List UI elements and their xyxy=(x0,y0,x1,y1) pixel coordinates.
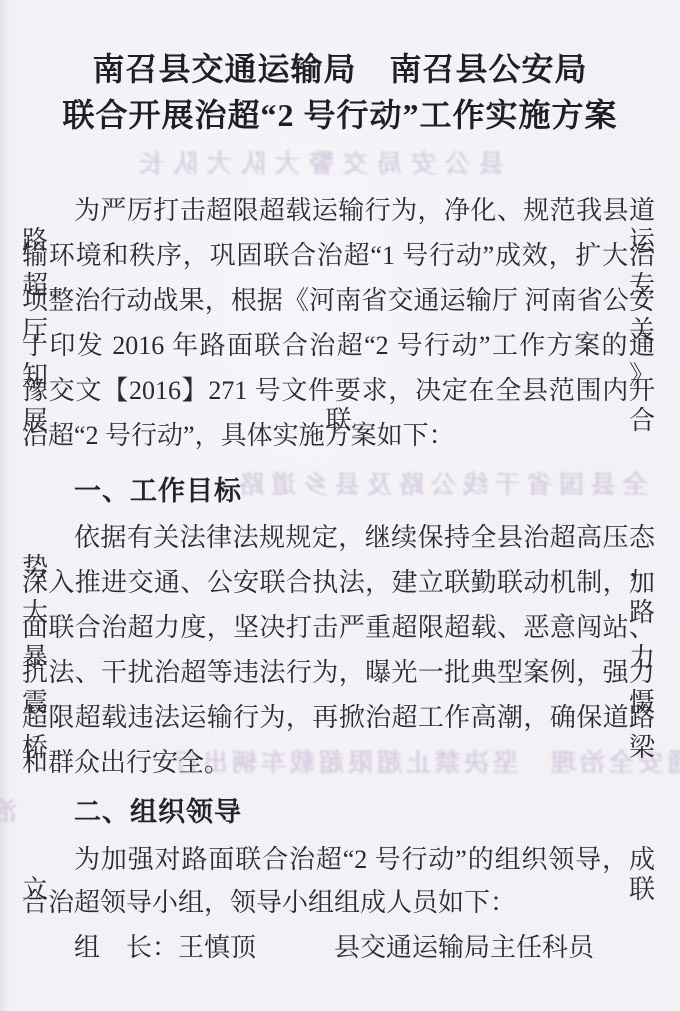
body-line-6: 治超“2 号行动”，具体实施方案如下： xyxy=(22,421,655,451)
body-line-15: 合治超领导小组，领导小组组成人员如下： xyxy=(22,888,655,918)
body-line-12: 和群众出行安全。 xyxy=(22,748,655,778)
bleedthrough-text-row1: 县公安局交警大队大队长 xyxy=(130,149,504,179)
scanned-document-page: 县公安局交警大队大队长 全县国省干线公路及县乡道路： 交通安全治理 坚决禁止超限… xyxy=(0,0,680,1011)
bleedthrough-text-edge: 治 xyxy=(0,797,17,827)
document-title-line1: 南召县交通运输局 南召县公安局 xyxy=(0,51,680,87)
leader-list-line: 组 长：王慎顶 县交通运输局主任科员 xyxy=(22,933,655,963)
section-heading-2: 二、组织领导 xyxy=(22,797,655,827)
document-title-line2: 联合开展治超“2 号行动”工作实施方案 xyxy=(0,97,680,133)
section-heading-1: 一、工作目标 xyxy=(22,476,655,506)
